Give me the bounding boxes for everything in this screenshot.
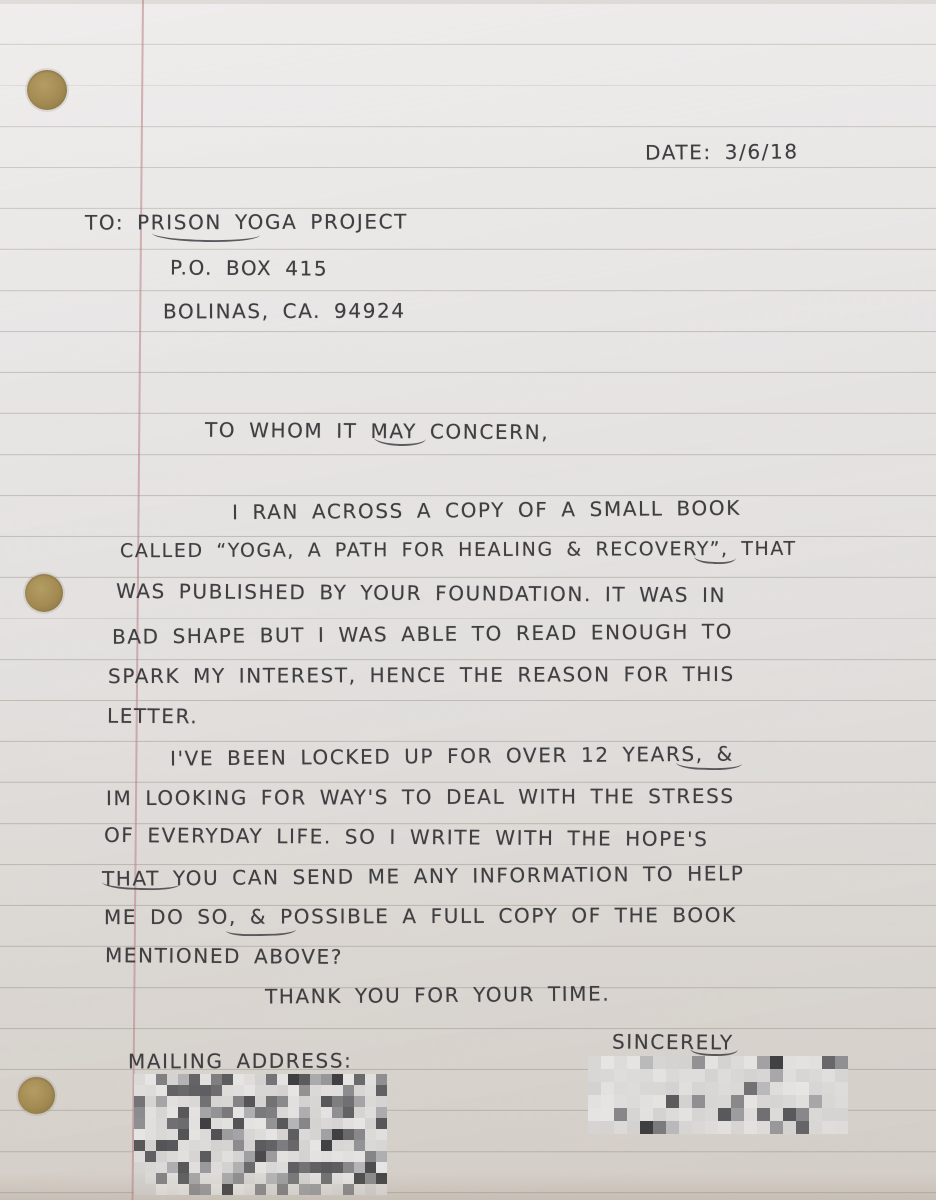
mosaic-cell (266, 1129, 277, 1140)
mosaic-cell (211, 1129, 222, 1140)
mosaic-cell (679, 1056, 692, 1069)
mosaic-cell (156, 1107, 167, 1118)
mosaic-cell (796, 1082, 809, 1095)
paper-bottom-edge-shadow (0, 1172, 936, 1200)
mosaic-cell (614, 1095, 627, 1108)
mosaic-cell (332, 1151, 343, 1162)
mosaic-cell (167, 1074, 178, 1085)
mosaic-cell (679, 1082, 692, 1095)
mosaic-cell (666, 1095, 679, 1108)
mosaic-cell (178, 1107, 189, 1118)
mosaic-cell (222, 1096, 233, 1107)
mosaic-cell (321, 1107, 332, 1118)
underline-sincerely (690, 1042, 738, 1057)
mosaic-cell (189, 1118, 200, 1129)
mosaic-cell (757, 1095, 770, 1108)
mosaic-cell (321, 1129, 332, 1140)
mosaic-cell (679, 1069, 692, 1082)
mosaic-cell (266, 1151, 277, 1162)
mosaic-cell (835, 1095, 848, 1108)
mosaic-cell (770, 1082, 783, 1095)
mosaic-cell (255, 1107, 266, 1118)
mosaic-cell (731, 1121, 744, 1134)
mosaic-cell (640, 1121, 653, 1134)
mosaic-cell (770, 1121, 783, 1134)
mosaic-cell (692, 1056, 705, 1069)
mosaic-cell (588, 1082, 601, 1095)
mosaic-cell (601, 1069, 614, 1082)
mosaic-cell (288, 1140, 299, 1151)
mosaic-cell (731, 1082, 744, 1095)
recipient-city-state-zip: BOLINAS, CA. 94924 (163, 299, 406, 324)
mosaic-cell (783, 1121, 796, 1134)
mosaic-cell (376, 1151, 387, 1162)
mosaic-cell (770, 1056, 783, 1069)
mosaic-cell (376, 1096, 387, 1107)
mosaic-cell (640, 1056, 653, 1069)
mosaic-cell (692, 1082, 705, 1095)
mosaic-cell (310, 1118, 321, 1129)
mosaic-cell (757, 1056, 770, 1069)
mosaic-cell (376, 1085, 387, 1096)
mosaic-cell (277, 1118, 288, 1129)
mosaic-cell (244, 1074, 255, 1085)
mosaic-cell (365, 1151, 376, 1162)
mosaic-cell (222, 1129, 233, 1140)
mosaic-cell (233, 1074, 244, 1085)
mosaic-cell (189, 1074, 200, 1085)
mosaic-cell (354, 1118, 365, 1129)
mosaic-cell (332, 1118, 343, 1129)
mosaic-cell (167, 1129, 178, 1140)
mosaic-cell (321, 1096, 332, 1107)
mosaic-cell (134, 1085, 145, 1096)
mosaic-cell (244, 1140, 255, 1151)
mosaic-cell (321, 1074, 332, 1085)
mosaic-cell (134, 1129, 145, 1140)
mosaic-cell (705, 1069, 718, 1082)
mosaic-cell (299, 1085, 310, 1096)
mosaic-cell (200, 1074, 211, 1085)
mosaic-cell (233, 1085, 244, 1096)
mosaic-cell (653, 1056, 666, 1069)
mailing-address-label: MAILING ADDRESS: (128, 1049, 353, 1074)
mosaic-cell (601, 1108, 614, 1121)
mosaic-cell (310, 1085, 321, 1096)
mosaic-cell (255, 1074, 266, 1085)
mosaic-cell (627, 1108, 640, 1121)
mosaic-cell (200, 1107, 211, 1118)
mosaic-cell (255, 1096, 266, 1107)
mosaic-cell (679, 1121, 692, 1134)
mosaic-cell (822, 1121, 835, 1134)
mosaic-cell (200, 1140, 211, 1151)
mosaic-cell (266, 1118, 277, 1129)
mosaic-cell (321, 1085, 332, 1096)
mosaic-cell (796, 1056, 809, 1069)
signature-redaction-mosaic (588, 1056, 848, 1134)
mosaic-cell (299, 1129, 310, 1140)
mosaic-cell (601, 1056, 614, 1069)
mosaic-cell (718, 1056, 731, 1069)
mosaic-cell (189, 1096, 200, 1107)
mosaic-cell (277, 1074, 288, 1085)
mosaic-cell (211, 1074, 222, 1085)
mosaic-cell (189, 1107, 200, 1118)
mosaic-cell (156, 1140, 167, 1151)
mosaic-cell (321, 1118, 332, 1129)
mosaic-cell (343, 1140, 354, 1151)
mosaic-cell (744, 1082, 757, 1095)
mosaic-cell (200, 1118, 211, 1129)
mosaic-cell (134, 1096, 145, 1107)
mosaic-cell (809, 1095, 822, 1108)
mosaic-cell (731, 1069, 744, 1082)
mosaic-cell (222, 1085, 233, 1096)
mosaic-cell (178, 1096, 189, 1107)
mosaic-cell (222, 1107, 233, 1118)
mosaic-cell (244, 1151, 255, 1162)
mosaic-cell (705, 1095, 718, 1108)
mosaic-cell (233, 1096, 244, 1107)
mosaic-cell (332, 1140, 343, 1151)
mosaic-cell (255, 1151, 266, 1162)
mosaic-cell (640, 1095, 653, 1108)
mosaic-cell (705, 1121, 718, 1134)
mosaic-cell (627, 1095, 640, 1108)
mosaic-cell (255, 1129, 266, 1140)
mosaic-cell (666, 1121, 679, 1134)
mosaic-cell (244, 1107, 255, 1118)
mosaic-cell (640, 1108, 653, 1121)
mosaic-cell (244, 1085, 255, 1096)
punch-hole-top (27, 70, 67, 110)
mosaic-cell (189, 1085, 200, 1096)
mosaic-cell (653, 1082, 666, 1095)
mosaic-cell (167, 1140, 178, 1151)
mosaic-cell (288, 1129, 299, 1140)
mosaic-cell (376, 1129, 387, 1140)
mosaic-cell (266, 1085, 277, 1096)
punch-hole-bottom (18, 1077, 55, 1114)
mosaic-cell (705, 1056, 718, 1069)
mosaic-cell (731, 1108, 744, 1121)
mosaic-cell (299, 1151, 310, 1162)
mosaic-cell (744, 1069, 757, 1082)
mosaic-cell (145, 1085, 156, 1096)
mosaic-cell (244, 1118, 255, 1129)
mosaic-cell (145, 1107, 156, 1118)
mosaic-cell (796, 1108, 809, 1121)
mosaic-cell (835, 1108, 848, 1121)
mosaic-cell (310, 1129, 321, 1140)
mosaic-cell (783, 1095, 796, 1108)
mosaic-cell (145, 1129, 156, 1140)
mosaic-cell (211, 1085, 222, 1096)
mosaic-cell (277, 1140, 288, 1151)
paragraph1-line3: WAS PUBLISHED BY YOUR FOUNDATION. IT WAS… (116, 579, 726, 607)
mosaic-cell (809, 1121, 822, 1134)
closing-line: THANK YOU FOR YOUR TIME. (265, 981, 610, 1008)
mosaic-cell (156, 1096, 167, 1107)
mosaic-cell (809, 1082, 822, 1095)
date-line: DATE: 3/6/18 (645, 139, 799, 164)
mosaic-cell (288, 1107, 299, 1118)
mosaic-cell (679, 1108, 692, 1121)
mosaic-cell (822, 1069, 835, 1082)
mosaic-cell (783, 1108, 796, 1121)
mosaic-cell (299, 1118, 310, 1129)
mosaic-cell (835, 1056, 848, 1069)
mosaic-cell (365, 1140, 376, 1151)
mosaic-cell (365, 1085, 376, 1096)
mosaic-cell (167, 1085, 178, 1096)
mosaic-cell (354, 1151, 365, 1162)
mosaic-cell (783, 1056, 796, 1069)
mosaic-cell (277, 1129, 288, 1140)
mosaic-cell (211, 1140, 222, 1151)
mosaic-cell (299, 1074, 310, 1085)
mosaic-cell (835, 1069, 848, 1082)
mosaic-cell (145, 1151, 156, 1162)
mosaic-cell (233, 1118, 244, 1129)
mosaic-cell (376, 1140, 387, 1151)
mosaic-cell (588, 1069, 601, 1082)
mosaic-cell (332, 1074, 343, 1085)
mosaic-cell (134, 1074, 145, 1085)
mosaic-cell (822, 1082, 835, 1095)
mosaic-cell (200, 1085, 211, 1096)
mosaic-cell (332, 1085, 343, 1096)
mosaic-cell (145, 1074, 156, 1085)
mosaic-cell (332, 1107, 343, 1118)
mosaic-cell (266, 1096, 277, 1107)
mosaic-cell (343, 1129, 354, 1140)
mosaic-cell (343, 1118, 354, 1129)
mosaic-cell (376, 1107, 387, 1118)
mosaic-cell (718, 1121, 731, 1134)
mosaic-cell (200, 1096, 211, 1107)
mosaic-cell (376, 1074, 387, 1085)
mosaic-cell (809, 1108, 822, 1121)
mosaic-cell (365, 1107, 376, 1118)
mosaic-cell (744, 1108, 757, 1121)
recipient-po-box: P.O. BOX 415 (170, 255, 328, 280)
paragraph2-line5: ME DO SO, & POSSIBLE A FULL COPY OF THE … (104, 903, 737, 929)
mosaic-cell (614, 1069, 627, 1082)
mosaic-cell (244, 1129, 255, 1140)
mosaic-cell (783, 1069, 796, 1082)
mosaic-cell (354, 1129, 365, 1140)
mosaic-cell (211, 1118, 222, 1129)
mosaic-cell (167, 1151, 178, 1162)
mosaic-cell (718, 1095, 731, 1108)
mosaic-cell (178, 1151, 189, 1162)
mosaic-cell (310, 1151, 321, 1162)
mosaic-cell (288, 1151, 299, 1162)
mosaic-cell (310, 1140, 321, 1151)
mosaic-cell (354, 1107, 365, 1118)
mosaic-cell (601, 1082, 614, 1095)
mosaic-cell (770, 1095, 783, 1108)
mosaic-cell (277, 1107, 288, 1118)
mosaic-cell (310, 1074, 321, 1085)
mosaic-cell (178, 1074, 189, 1085)
mosaic-cell (718, 1108, 731, 1121)
mosaic-cell (666, 1056, 679, 1069)
paragraph1-line1: I RAN ACROSS A COPY OF A SMALL BOOK (232, 496, 741, 524)
mosaic-cell (705, 1108, 718, 1121)
mosaic-cell (332, 1129, 343, 1140)
mosaic-cell (354, 1074, 365, 1085)
mosaic-cell (588, 1108, 601, 1121)
mosaic-cell (653, 1095, 666, 1108)
mosaic-cell (189, 1129, 200, 1140)
mosaic-cell (653, 1069, 666, 1082)
mosaic-cell (744, 1121, 757, 1134)
mosaic-cell (783, 1082, 796, 1095)
mosaic-cell (156, 1074, 167, 1085)
mosaic-cell (277, 1151, 288, 1162)
mosaic-cell (255, 1118, 266, 1129)
mosaic-cell (653, 1121, 666, 1134)
mosaic-cell (299, 1140, 310, 1151)
mosaic-cell (255, 1140, 266, 1151)
mosaic-cell (145, 1118, 156, 1129)
mosaic-cell (343, 1151, 354, 1162)
mosaic-cell (167, 1118, 178, 1129)
mosaic-cell (796, 1121, 809, 1134)
mosaic-cell (835, 1082, 848, 1095)
mosaic-cell (354, 1096, 365, 1107)
mosaic-cell (156, 1085, 167, 1096)
mosaic-cell (744, 1056, 757, 1069)
mosaic-cell (222, 1074, 233, 1085)
mosaic-cell (835, 1121, 848, 1134)
mosaic-cell (809, 1069, 822, 1082)
mosaic-cell (354, 1140, 365, 1151)
mosaic-cell (266, 1074, 277, 1085)
mosaic-cell (134, 1140, 145, 1151)
punch-hole-middle (25, 574, 63, 612)
mosaic-cell (156, 1118, 167, 1129)
mosaic-cell (343, 1096, 354, 1107)
mosaic-cell (770, 1069, 783, 1082)
mosaic-cell (211, 1096, 222, 1107)
mosaic-cell (178, 1085, 189, 1096)
mosaic-cell (822, 1095, 835, 1108)
mosaic-cell (666, 1108, 679, 1121)
mosaic-cell (692, 1095, 705, 1108)
mosaic-cell (167, 1107, 178, 1118)
mosaic-cell (178, 1129, 189, 1140)
mosaic-cell (255, 1085, 266, 1096)
mosaic-cell (189, 1151, 200, 1162)
mosaic-cell (640, 1082, 653, 1095)
mosaic-cell (731, 1095, 744, 1108)
mosaic-cell (321, 1151, 332, 1162)
mosaic-cell (627, 1082, 640, 1095)
mosaic-cell (770, 1108, 783, 1121)
mosaic-cell (354, 1085, 365, 1096)
mosaic-cell (310, 1096, 321, 1107)
mosaic-cell (809, 1056, 822, 1069)
mosaic-cell (343, 1107, 354, 1118)
mosaic-cell (288, 1096, 299, 1107)
mosaic-cell (178, 1118, 189, 1129)
mosaic-cell (601, 1121, 614, 1134)
mosaic-cell (666, 1069, 679, 1082)
mosaic-cell (822, 1056, 835, 1069)
mosaic-cell (731, 1056, 744, 1069)
paragraph1-line6: LETTER. (107, 704, 198, 729)
mosaic-cell (744, 1095, 757, 1108)
mosaic-cell (277, 1085, 288, 1096)
mosaic-cell (705, 1082, 718, 1095)
mosaic-cell (288, 1074, 299, 1085)
mosaic-cell (233, 1129, 244, 1140)
mosaic-cell (614, 1121, 627, 1134)
mosaic-cell (145, 1096, 156, 1107)
mosaic-cell (211, 1107, 222, 1118)
mosaic-cell (288, 1118, 299, 1129)
mosaic-cell (200, 1151, 211, 1162)
mosaic-cell (222, 1118, 233, 1129)
mosaic-cell (718, 1069, 731, 1082)
mosaic-cell (692, 1121, 705, 1134)
mosaic-cell (601, 1095, 614, 1108)
mosaic-cell (178, 1140, 189, 1151)
mosaic-cell (277, 1096, 288, 1107)
paragraph2-line2: IM LOOKING FOR WAY'S TO DEAL WITH THE ST… (106, 784, 735, 810)
mosaic-cell (718, 1082, 731, 1095)
mosaic-cell (233, 1107, 244, 1118)
mosaic-cell (614, 1108, 627, 1121)
mosaic-cell (757, 1121, 770, 1134)
mosaic-cell (757, 1082, 770, 1095)
paragraph2-line6: MENTIONED ABOVE? (105, 943, 343, 969)
mosaic-cell (614, 1082, 627, 1095)
mosaic-cell (822, 1108, 835, 1121)
mosaic-cell (653, 1108, 666, 1121)
mosaic-cell (134, 1118, 145, 1129)
mosaic-cell (156, 1129, 167, 1140)
mosaic-cell (288, 1085, 299, 1096)
mosaic-cell (627, 1069, 640, 1082)
mosaic-cell (365, 1118, 376, 1129)
mosaic-cell (588, 1056, 601, 1069)
mosaic-cell (365, 1074, 376, 1085)
mosaic-cell (299, 1096, 310, 1107)
mosaic-cell (200, 1129, 211, 1140)
mosaic-cell (343, 1074, 354, 1085)
mosaic-cell (666, 1082, 679, 1095)
mosaic-cell (266, 1107, 277, 1118)
mosaic-cell (244, 1096, 255, 1107)
mosaic-cell (134, 1151, 145, 1162)
mosaic-cell (332, 1096, 343, 1107)
mosaic-cell (156, 1151, 167, 1162)
mosaic-cell (343, 1085, 354, 1096)
mosaic-cell (692, 1069, 705, 1082)
paragraph2-line3: OF EVERYDAY LIFE. SO I WRITE WITH THE HO… (104, 823, 709, 851)
mosaic-cell (321, 1140, 332, 1151)
paragraph1-line5: SPARK MY INTEREST, HENCE THE REASON FOR … (108, 662, 735, 688)
mosaic-cell (167, 1096, 178, 1107)
mosaic-cell (222, 1140, 233, 1151)
mosaic-cell (627, 1121, 640, 1134)
mosaic-cell (692, 1108, 705, 1121)
